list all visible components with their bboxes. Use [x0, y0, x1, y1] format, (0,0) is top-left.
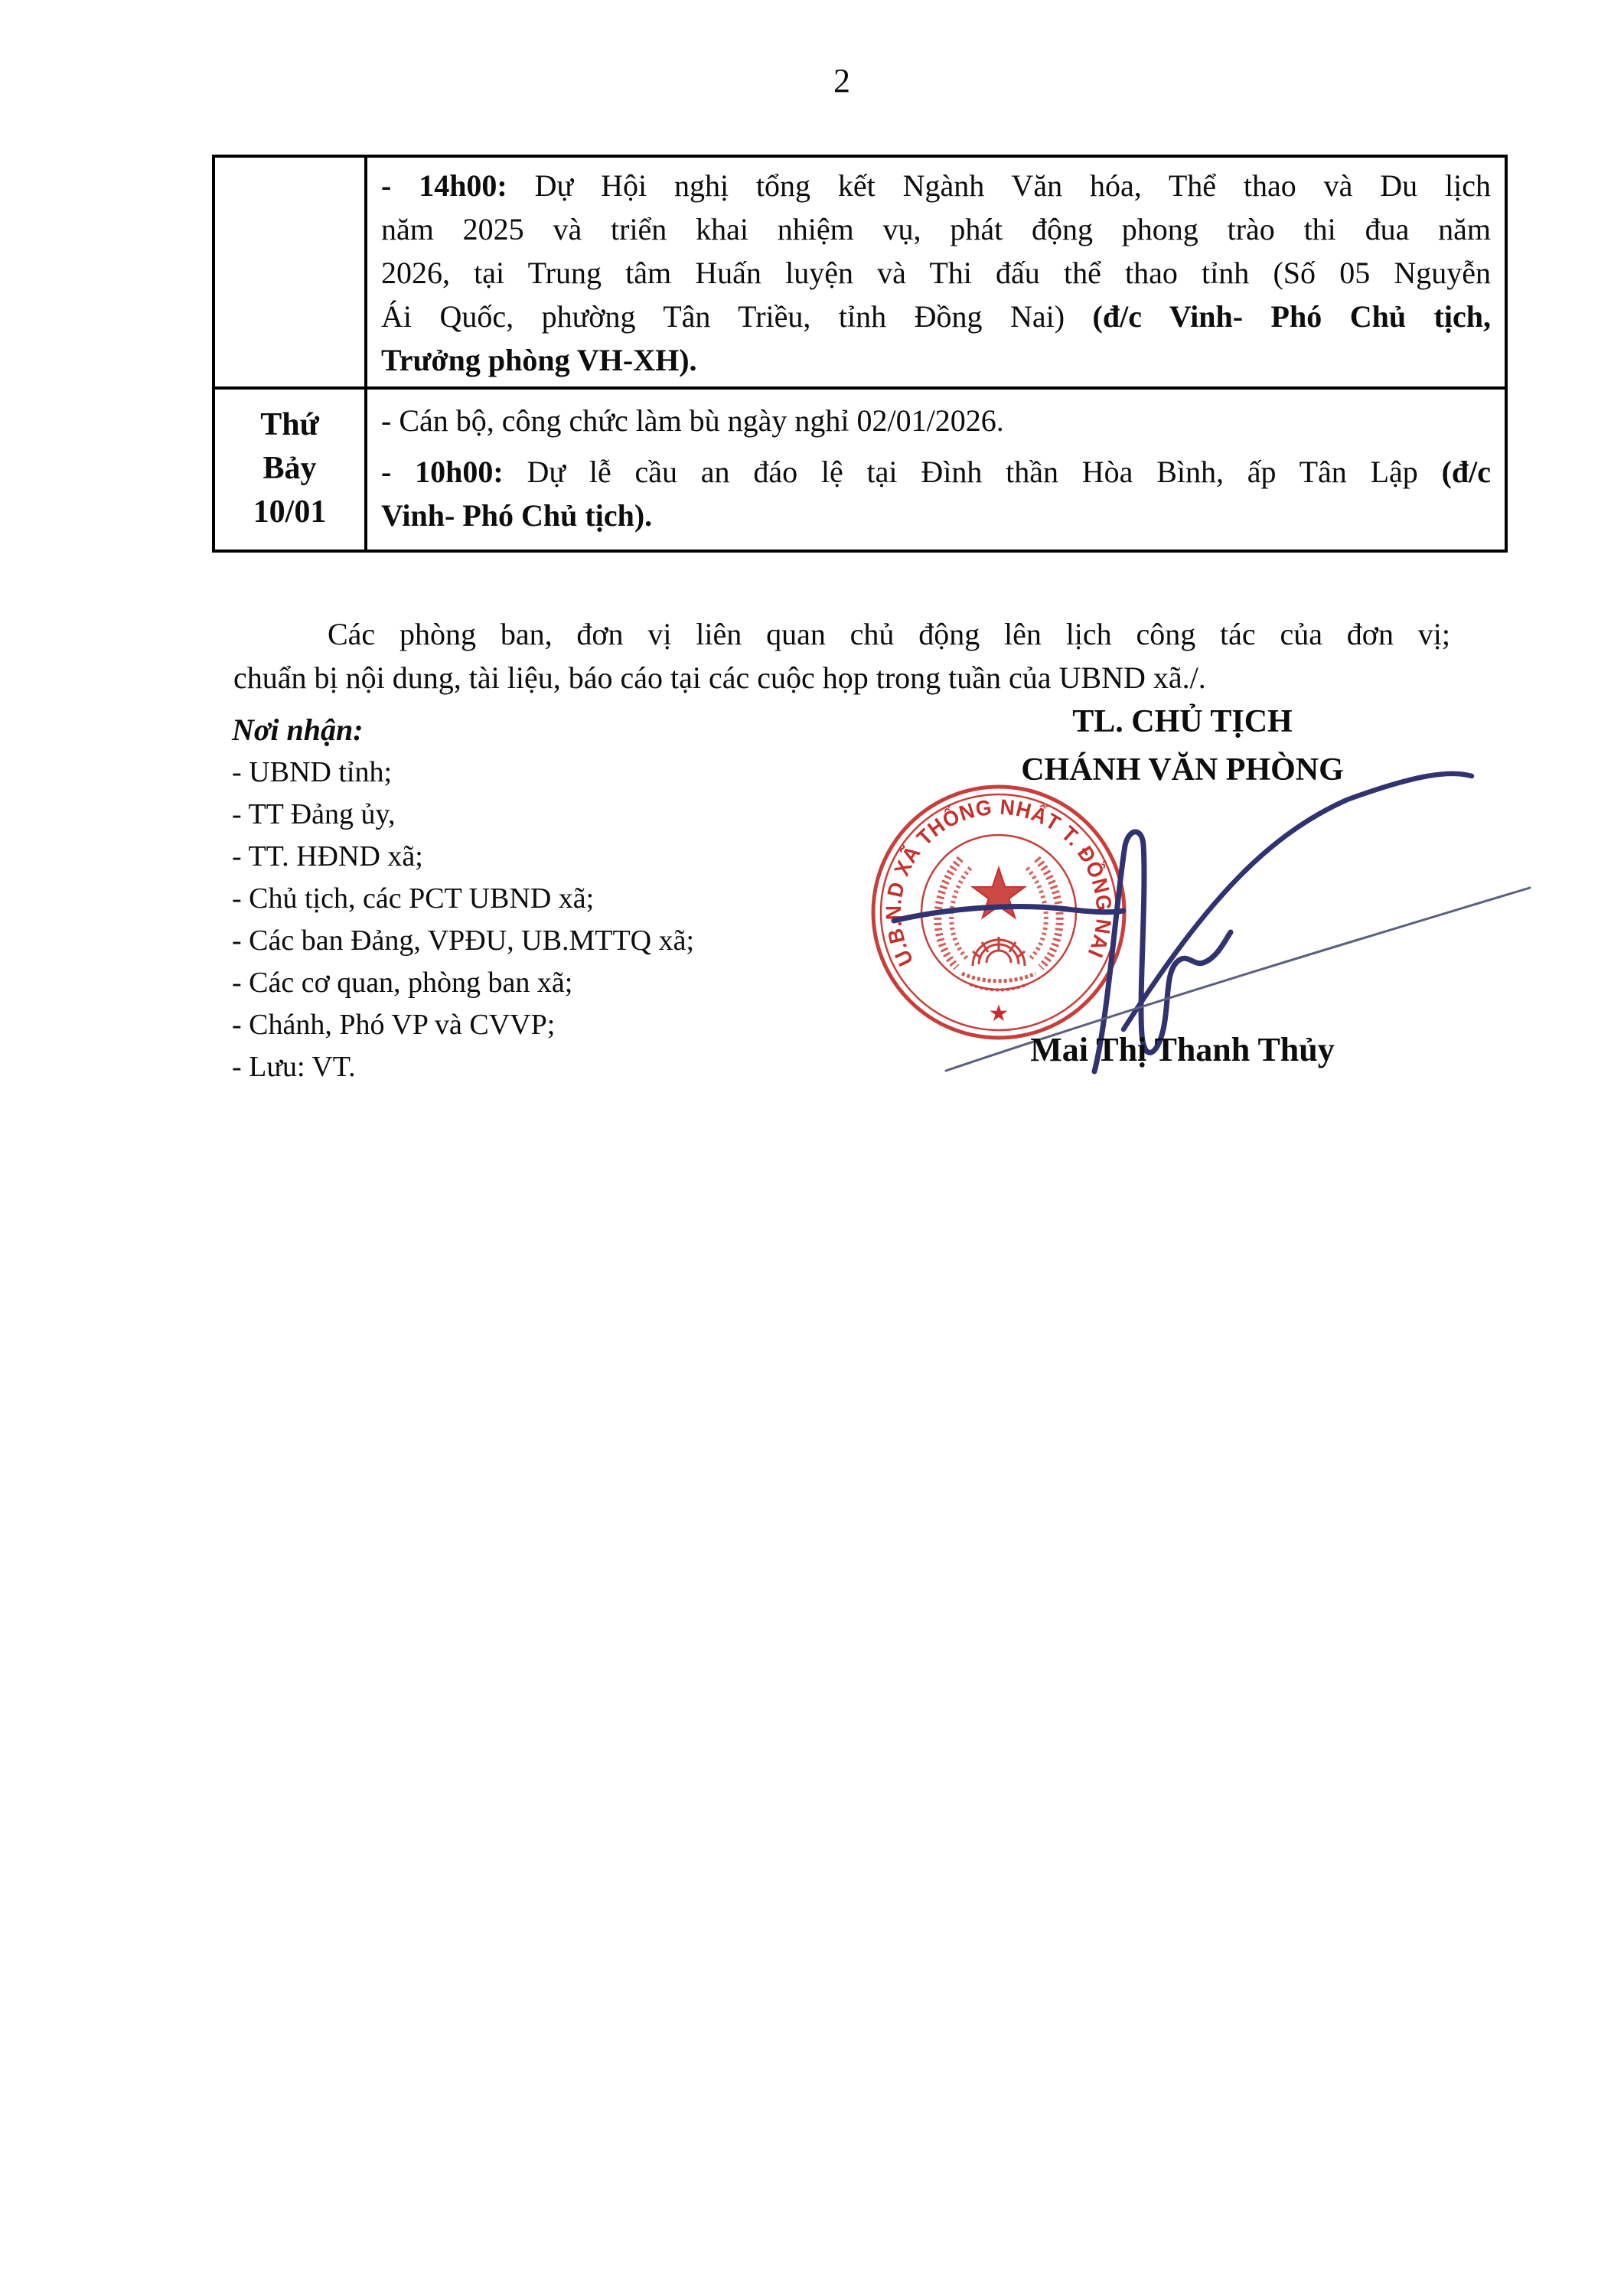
- schedule-line: - 10h00: Dự lễ cầu an đáo lệ tại Đình th…: [381, 450, 1491, 494]
- paragraph-line: Các phòng ban, đơn vị liên quan chủ động…: [233, 612, 1450, 656]
- recipient-item: - UBND tỉnh;: [232, 752, 814, 794]
- paragraph-line: chuẩn bị nội dung, tài liệu, báo cáo tại…: [233, 656, 1450, 700]
- schedule-table: - 14h00: Dự Hội nghị tổng kết Ngành Văn …: [212, 155, 1508, 553]
- recipient-item: - Các cơ quan, phòng ban xã;: [232, 962, 814, 1004]
- table-row: - 14h00: Dự Hội nghị tổng kết Ngành Văn …: [215, 158, 1505, 386]
- recipient-item: - Chánh, Phó VP và CVVP;: [232, 1004, 814, 1046]
- content-cell: - Cán bộ, công chức làm bù ngày nghỉ 02/…: [367, 390, 1505, 550]
- schedule-line: Vinh- Phó Chủ tịch).: [381, 494, 1491, 537]
- signoff-authority: TL. CHỦ TỊCH: [869, 698, 1496, 746]
- signer-name: Mai Thị Thanh Thủy: [869, 1030, 1496, 1069]
- day-line: Thứ: [215, 403, 364, 447]
- day-line: 10/01: [215, 491, 364, 534]
- content-cell: - 14h00: Dự Hội nghị tổng kết Ngành Văn …: [367, 158, 1505, 386]
- recipients-header: Nơi nhận:: [232, 709, 814, 752]
- recipients-block: Nơi nhận: - UBND tỉnh; - TT Đảng ủy, - T…: [232, 709, 814, 1088]
- recipient-item: - TT. HĐND xã;: [232, 836, 814, 878]
- day-cell-empty: [215, 158, 367, 386]
- recipient-item: - Chủ tịch, các PCT UBND xã;: [232, 878, 814, 920]
- recipient-item: - Các ban Đảng, VPĐU, UB.MTTQ xã;: [232, 920, 814, 962]
- table-row: Thứ Bảy 10/01 - Cán bộ, công chức làm bù…: [215, 386, 1505, 550]
- schedule-line: - Cán bộ, công chức làm bù ngày nghỉ 02/…: [381, 399, 1491, 442]
- page-number: 2: [0, 61, 1624, 100]
- closing-paragraph: Các phòng ban, đơn vị liên quan chủ động…: [233, 612, 1450, 700]
- schedule-line: - 14h00: Dự Hội nghị tổng kết Ngành Văn …: [381, 164, 1491, 207]
- schedule-line: Trưởng phòng VH-XH).: [381, 338, 1491, 382]
- schedule-line: Ái Quốc, phường Tân Triều, tỉnh Đồng Nai…: [381, 295, 1491, 338]
- document-page: 2 - 14h00: Dự Hội nghị tổng kết Ngành Vă…: [0, 0, 1624, 2296]
- schedule-line: năm 2025 và triển khai nhiệm vụ, phát độ…: [381, 207, 1491, 251]
- recipient-item: - Lưu: VT.: [232, 1046, 814, 1088]
- schedule-line: 2026, tại Trung tâm Huấn luyện và Thi đấ…: [381, 251, 1491, 295]
- recipient-item: - TT Đảng ủy,: [232, 794, 814, 836]
- day-line: Bảy: [215, 447, 364, 491]
- day-cell: Thứ Bảy 10/01: [215, 390, 367, 550]
